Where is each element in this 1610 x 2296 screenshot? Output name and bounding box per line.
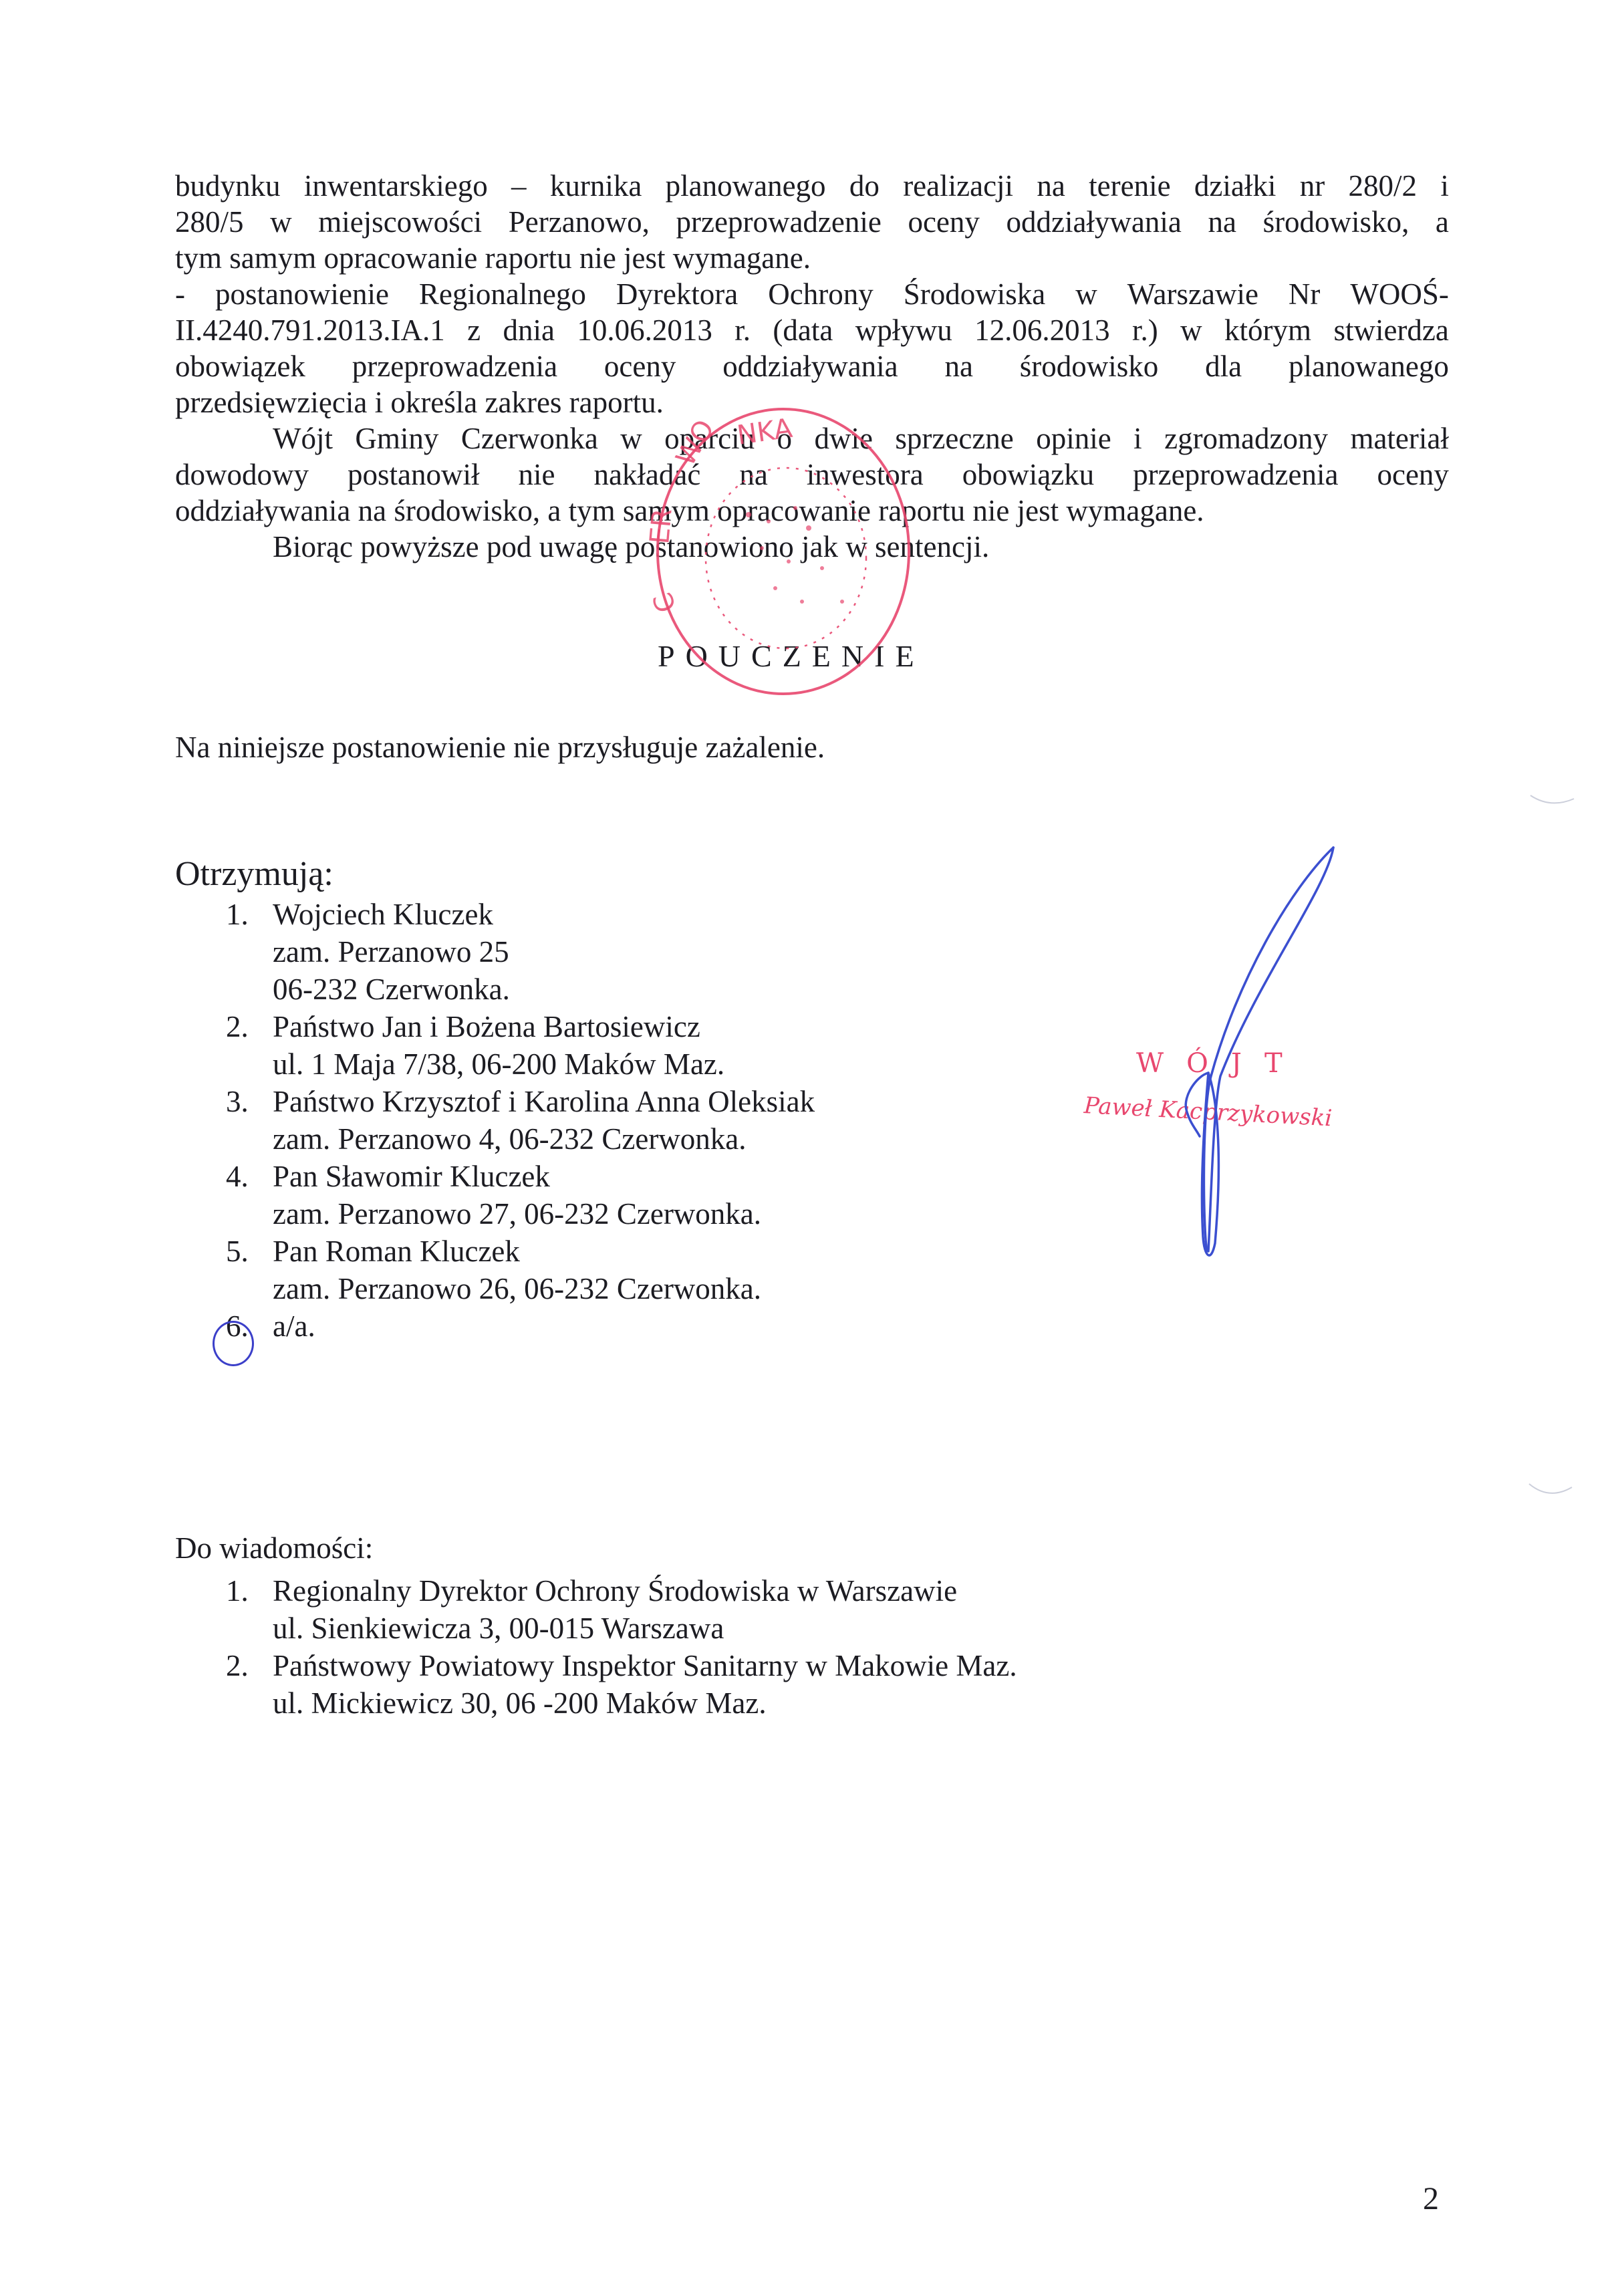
- word: Czerwonka: [461, 421, 598, 457]
- list-item-address: 06-232 Czerwonka.: [273, 971, 510, 1008]
- word: dwie: [814, 421, 872, 457]
- word: z: [467, 313, 481, 348]
- word: 280/2: [1349, 168, 1418, 204]
- word: Gminy: [355, 421, 438, 457]
- list-item-name: a/a.: [273, 1307, 315, 1345]
- word: planowanego: [666, 168, 826, 204]
- page-number: 2: [1423, 2180, 1439, 2218]
- word: na: [1208, 205, 1236, 240]
- list-item-name: Pan Roman Kluczek: [273, 1233, 520, 1270]
- word: 10.06.2013: [577, 313, 712, 348]
- list-item-name: Państwowy Powiatowy Inspektor Sanitarny …: [273, 1647, 1017, 1684]
- word: Ochrony: [768, 277, 873, 312]
- paragraph-line: oddziaływania na środowisko, a tym samym…: [175, 493, 1204, 529]
- word: oddziaływania: [1006, 205, 1181, 240]
- word: obowiązek: [175, 349, 305, 384]
- word: stwierdza: [1333, 313, 1448, 348]
- word: w: [270, 205, 292, 240]
- word: działki: [1194, 168, 1276, 204]
- list-item-name: Państwo Jan i Bożena Bartosiewicz: [273, 1008, 700, 1045]
- word: dowodowy: [175, 457, 309, 493]
- word: wpływu: [855, 313, 952, 348]
- wojt-stamp-name: Paweł Kacprzykowski: [1083, 1092, 1333, 1132]
- word: dnia: [503, 313, 554, 348]
- word: budynku: [175, 168, 281, 204]
- word: oceny: [1377, 457, 1448, 493]
- word: do: [849, 168, 880, 204]
- pouczenie-heading: POUCZENIE: [658, 638, 925, 674]
- word: oceny: [604, 349, 676, 384]
- word: Regionalnego: [419, 277, 586, 312]
- word: na: [1037, 168, 1065, 204]
- conclusion-line: Biorąc powyższe pod uwagę postanowiono j…: [273, 529, 989, 565]
- list-item-number: 1.: [226, 896, 249, 933]
- list-item-name: Wojciech Kluczek: [273, 896, 493, 933]
- word: dla: [1205, 349, 1242, 384]
- list-item-address: ul. Sienkiewicza 3, 00-015 Warszawa: [273, 1610, 724, 1647]
- word: w: [620, 421, 642, 457]
- word: Środowiska: [904, 277, 1046, 312]
- word: nr: [1300, 168, 1325, 204]
- word: Warszawie: [1127, 277, 1258, 312]
- word: planowanego: [1289, 349, 1449, 384]
- wojt-stamp-title: WÓJT: [1136, 1048, 1305, 1079]
- paragraph-line: budynkuinwentarskiego–kurnikaplanowanego…: [175, 168, 1449, 204]
- word: na: [739, 457, 767, 493]
- paragraph-line: -postanowienieRegionalnegoDyrektoraOchro…: [175, 277, 1449, 312]
- paragraph-line: przedsięwzięcia i określa zakres raportu…: [175, 385, 664, 420]
- word: (data: [773, 313, 833, 348]
- word: WOOŚ-: [1350, 277, 1448, 312]
- word: oceny: [908, 205, 979, 240]
- list-item-number: 3.: [226, 1083, 249, 1120]
- pouczenie-text: Na niniejsze postanowienie nie przysługu…: [175, 730, 825, 765]
- word: oddziaływania: [722, 349, 898, 384]
- word: opinie: [1036, 421, 1111, 457]
- word: i: [1440, 168, 1449, 204]
- paragraph-line: dowodowypostanowiłnienakładaćnainwestora…: [175, 457, 1449, 493]
- paragraph-line: II.4240.791.2013.IA.1zdnia10.06.2013r.(d…: [175, 313, 1449, 348]
- svg-text:C: C: [648, 588, 683, 616]
- cc-title: Do wiadomości:: [175, 1531, 373, 1566]
- word: sprzeczne: [895, 421, 1013, 457]
- word: o: [777, 421, 793, 457]
- word: r.: [734, 313, 751, 348]
- word: r.): [1132, 313, 1158, 348]
- paragraph-line: tym samym opracowanie raportu nie jest w…: [175, 241, 811, 276]
- list-item-address: zam. Perzanowo 4, 06-232 Czerwonka.: [273, 1120, 747, 1158]
- word: w: [1180, 313, 1202, 348]
- word: na: [944, 349, 972, 384]
- list-item-address: ul. 1 Maja 7/38, 06-200 Maków Maz.: [273, 1045, 724, 1083]
- list-item-number: 2.: [226, 1647, 249, 1684]
- word: nie: [518, 457, 555, 493]
- word: środowisko: [1020, 349, 1159, 384]
- word: -: [175, 277, 185, 312]
- word: realizacji: [903, 168, 1013, 204]
- paragraph-line: 280/5wmiejscowościPerzanowo,przeprowadze…: [175, 205, 1449, 240]
- word: 280/5: [175, 205, 244, 240]
- word: którym: [1224, 313, 1311, 348]
- word: II.4240.791.2013.IA.1: [175, 313, 445, 348]
- word: postanowienie: [215, 277, 389, 312]
- list-item-name: Państwo Krzysztof i Karolina Anna Oleksi…: [273, 1083, 815, 1120]
- word: nakładać: [593, 457, 700, 493]
- list-item-address: zam. Perzanowo 25: [273, 933, 509, 971]
- word: w: [1075, 277, 1097, 312]
- list-item-name: Pan Sławomir Kluczek: [273, 1158, 550, 1195]
- list-item-number: 1.: [226, 1572, 249, 1610]
- word: Dyrektora: [616, 277, 738, 312]
- paragraph-line: obowiązekprzeprowadzeniaocenyoddziaływan…: [175, 349, 1449, 384]
- word: materiał: [1350, 421, 1448, 457]
- document-page: budynkuinwentarskiego–kurnikaplanowanego…: [0, 0, 1610, 2296]
- list-item-address: ul. Mickiewicz 30, 06 -200 Maków Maz.: [273, 1684, 767, 1722]
- word: obowiązku: [962, 457, 1094, 493]
- word: a: [1436, 205, 1449, 240]
- list-item-address: zam. Perzanowo 26, 06-232 Czerwonka.: [273, 1270, 761, 1307]
- paragraph-line: WójtGminyCzerwonkawoparciuodwiesprzeczne…: [273, 421, 1449, 457]
- word: 12.06.2013: [974, 313, 1110, 348]
- word: środowisko,: [1263, 205, 1410, 240]
- word: inwentarskiego: [304, 168, 488, 204]
- word: postanowił: [348, 457, 480, 493]
- word: przeprowadzenia: [1133, 457, 1338, 493]
- list-item-number: 2.: [226, 1008, 249, 1045]
- word: i: [1133, 421, 1142, 457]
- word: przeprowadzenie: [676, 205, 882, 240]
- list-item-number: 5.: [226, 1233, 249, 1270]
- word: inwestora: [807, 457, 924, 493]
- recipients-title: Otrzymują:: [175, 854, 333, 894]
- word: Perzanowo,: [509, 205, 650, 240]
- word: oparciu: [664, 421, 755, 457]
- word: terenie: [1089, 168, 1170, 204]
- word: Wójt: [273, 421, 333, 457]
- list-item-address: zam. Perzanowo 27, 06-232 Czerwonka.: [273, 1195, 761, 1233]
- word: miejscowości: [318, 205, 482, 240]
- list-item-name: Regionalny Dyrektor Ochrony Środowiska w…: [273, 1572, 957, 1610]
- handwritten-circle-icon: [213, 1321, 254, 1366]
- word: –: [511, 168, 527, 204]
- word: zgromadzony: [1164, 421, 1328, 457]
- list-item-number: 4.: [226, 1158, 249, 1195]
- word: przeprowadzenia: [352, 349, 557, 384]
- word: kurnika: [550, 168, 642, 204]
- word: Nr: [1289, 277, 1320, 312]
